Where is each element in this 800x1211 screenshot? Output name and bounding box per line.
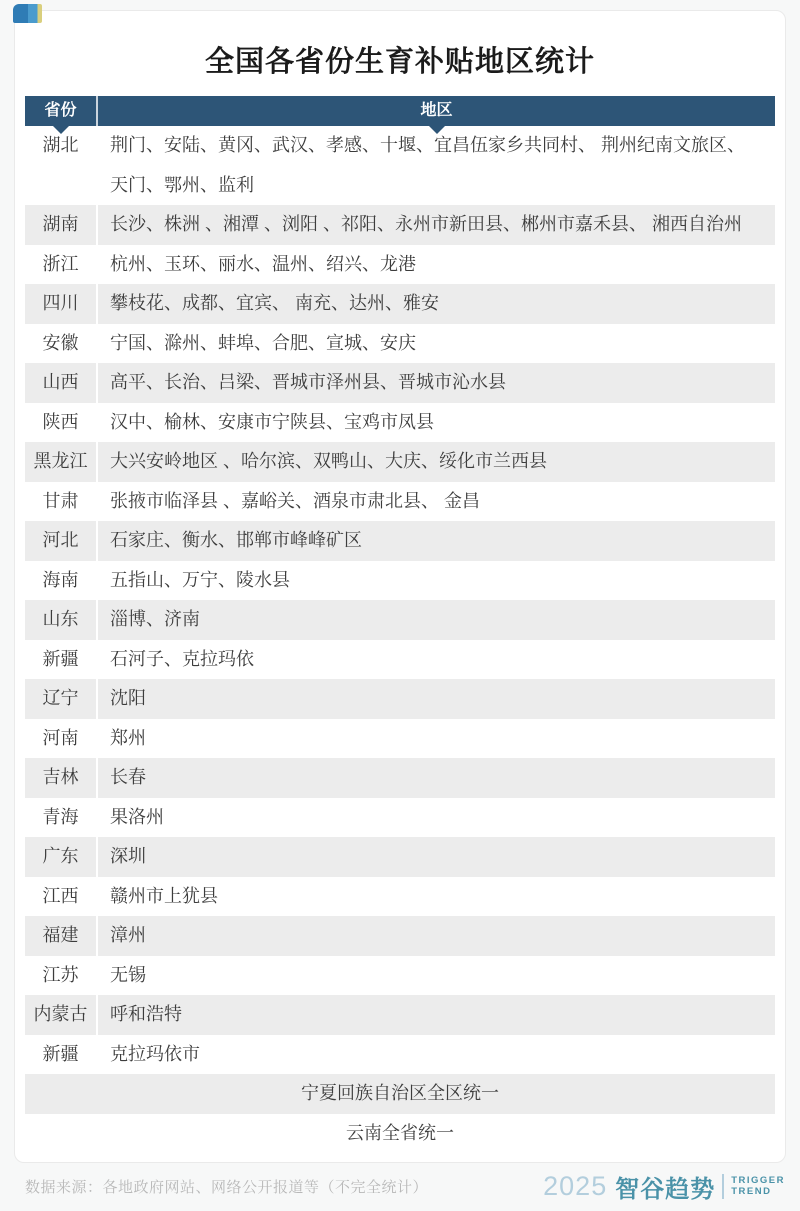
region-cell: 石河子、克拉玛依 [98, 640, 775, 680]
province-cell: 山东 [25, 600, 98, 640]
logo-brand-name: 智谷趋势 [615, 1169, 715, 1204]
region-cell: 五指山、万宁、陵水县 [98, 561, 775, 601]
table-row: 陕西 汉中、榆林、安康市宁陕县、宝鸡市凤县 [25, 403, 775, 443]
region-cell: 高平、长治、吕梁、晋城市泽州县、晋城市沁水县 [98, 363, 775, 403]
province-cell: 吉林 [25, 758, 98, 798]
table-row: 湖南 长沙、株洲 、湘潭 、浏阳 、祁阳、永州市新田县、郴州市嘉禾县、 湘西自治… [25, 205, 775, 245]
logo-year: 2025 [543, 1171, 607, 1202]
merged-cell: 云南全省统一 [25, 1114, 775, 1154]
brand-logo: 2025 智谷趋势 TRIGGER TREND [543, 1169, 785, 1204]
page-title: 全国各省份生育补贴地区统计 [15, 11, 785, 77]
table-row: 新疆 石河子、克拉玛依 [25, 640, 775, 680]
table-row: 广东 深圳 [25, 837, 775, 877]
province-cell: 江苏 [25, 956, 98, 996]
region-cell: 深圳 [98, 837, 775, 877]
province-cell: 山西 [25, 363, 98, 403]
region-cell: 淄博、济南 [98, 600, 775, 640]
table-row: 安徽 宁国、滁州、蚌埠、合肥、宣城、安庆 [25, 324, 775, 364]
logo-divider [722, 1174, 724, 1199]
province-cell: 江西 [25, 877, 98, 917]
province-cell: 黑龙江 [25, 442, 98, 482]
province-cell: 海南 [25, 561, 98, 601]
region-cell: 大兴安岭地区 、哈尔滨、双鸭山、大庆、绥化市兰西县 [98, 442, 775, 482]
table-row: 江西 赣州市上犹县 [25, 877, 775, 917]
region-cell: 长沙、株洲 、湘潭 、浏阳 、祁阳、永州市新田县、郴州市嘉禾县、 湘西自治州 [98, 205, 775, 245]
province-cell: 新疆 [25, 640, 98, 680]
province-cell: 新疆 [25, 1035, 98, 1075]
province-cell: 浙江 [25, 245, 98, 285]
region-cell: 石家庄、衡水、邯郸市峰峰矿区 [98, 521, 775, 561]
table-row: 江苏 无锡 [25, 956, 775, 996]
table-row: 山东 淄博、济南 [25, 600, 775, 640]
table-row: 河南 郑州 [25, 719, 775, 759]
region-cell: 克拉玛依市 [98, 1035, 775, 1075]
table-row: 吉林 长春 [25, 758, 775, 798]
logo-tagline-line1: TRIGGER [731, 1175, 785, 1186]
table-row: 福建 漳州 [25, 916, 775, 956]
province-cell: 陕西 [25, 403, 98, 443]
data-source-note: 数据来源：各地政府网站、网络公开报道等（不完全统计） [25, 1176, 428, 1197]
region-cell: 赣州市上犹县 [98, 877, 775, 917]
province-cell: 甘肃 [25, 482, 98, 522]
region-cell: 张掖市临泽县 、嘉峪关、酒泉市肃北县、 金昌 [98, 482, 775, 522]
table-row: 海南 五指山、万宁、陵水县 [25, 561, 775, 601]
table-row: 山西 高平、长治、吕梁、晋城市泽州县、晋城市沁水县 [25, 363, 775, 403]
province-cell: 湖南 [25, 205, 98, 245]
region-cell: 攀枝花、成都、宜宾、 南充、达州、雅安 [98, 284, 775, 324]
province-cell: 广东 [25, 837, 98, 877]
logo-tagline: TRIGGER TREND [731, 1175, 785, 1198]
province-cell: 河北 [25, 521, 98, 561]
region-cell: 长春 [98, 758, 775, 798]
logo-tagline-line2: TREND [731, 1186, 785, 1197]
table-row-merged: 宁夏回族自治区全区统一 [25, 1074, 775, 1114]
region-cell: 荆门、安陆、黄冈、武汉、孝感、十堰、宜昌伍家乡共同村、 荆州纪南文旅区、 天门、… [98, 126, 775, 205]
column-header-region: 地区 [98, 96, 775, 126]
region-cell: 郑州 [98, 719, 775, 759]
region-cell: 无锡 [98, 956, 775, 996]
footer: 数据来源：各地政府网站、网络公开报道等（不完全统计） 2025 智谷趋势 TRI… [0, 1167, 800, 1205]
table-row: 辽宁 沈阳 [25, 679, 775, 719]
table-row: 黑龙江 大兴安岭地区 、哈尔滨、双鸭山、大庆、绥化市兰西县 [25, 442, 775, 482]
province-cell: 河南 [25, 719, 98, 759]
table-row: 新疆 克拉玛依市 [25, 1035, 775, 1075]
table-row: 浙江 杭州、玉环、丽水、温州、绍兴、龙港 [25, 245, 775, 285]
table-row: 四川 攀枝花、成都、宜宾、 南充、达州、雅安 [25, 284, 775, 324]
subsidy-table: 省份 地区 湖北 荆门、安陆、黄冈、武汉、孝感、十堰、宜昌伍家乡共同村、 荆州纪… [25, 96, 775, 1153]
brand-corner-icon [13, 4, 42, 23]
table-row-merged: 云南全省统一 [25, 1114, 775, 1154]
table-row: 青海 果洛州 [25, 798, 775, 838]
column-header-province: 省份 [25, 96, 98, 126]
table-row: 内蒙古 呼和浩特 [25, 995, 775, 1035]
table-row: 河北 石家庄、衡水、邯郸市峰峰矿区 [25, 521, 775, 561]
region-cell: 汉中、榆林、安康市宁陕县、宝鸡市凤县 [98, 403, 775, 443]
table-header-row: 省份 地区 [25, 96, 775, 126]
table-row: 甘肃 张掖市临泽县 、嘉峪关、酒泉市肃北县、 金昌 [25, 482, 775, 522]
province-cell: 辽宁 [25, 679, 98, 719]
province-cell: 湖北 [25, 126, 98, 205]
region-cell: 沈阳 [98, 679, 775, 719]
province-cell: 内蒙古 [25, 995, 98, 1035]
province-cell: 福建 [25, 916, 98, 956]
region-cell: 漳州 [98, 916, 775, 956]
province-cell: 青海 [25, 798, 98, 838]
region-cell: 呼和浩特 [98, 995, 775, 1035]
region-cell: 果洛州 [98, 798, 775, 838]
infographic-card: 全国各省份生育补贴地区统计 省份 地区 湖北 荆门、安陆、黄冈、武汉、孝感、十堰… [14, 10, 786, 1163]
table-row: 湖北 荆门、安陆、黄冈、武汉、孝感、十堰、宜昌伍家乡共同村、 荆州纪南文旅区、 … [25, 126, 775, 205]
region-cell: 宁国、滁州、蚌埠、合肥、宣城、安庆 [98, 324, 775, 364]
merged-cell: 宁夏回族自治区全区统一 [25, 1074, 775, 1114]
province-cell: 四川 [25, 284, 98, 324]
table-body: 湖北 荆门、安陆、黄冈、武汉、孝感、十堰、宜昌伍家乡共同村、 荆州纪南文旅区、 … [25, 126, 775, 1153]
infographic-page: { "header": { "title": "全国各省份生育补贴地区统计" }… [0, 0, 800, 1211]
region-cell: 杭州、玉环、丽水、温州、绍兴、龙港 [98, 245, 775, 285]
province-cell: 安徽 [25, 324, 98, 364]
